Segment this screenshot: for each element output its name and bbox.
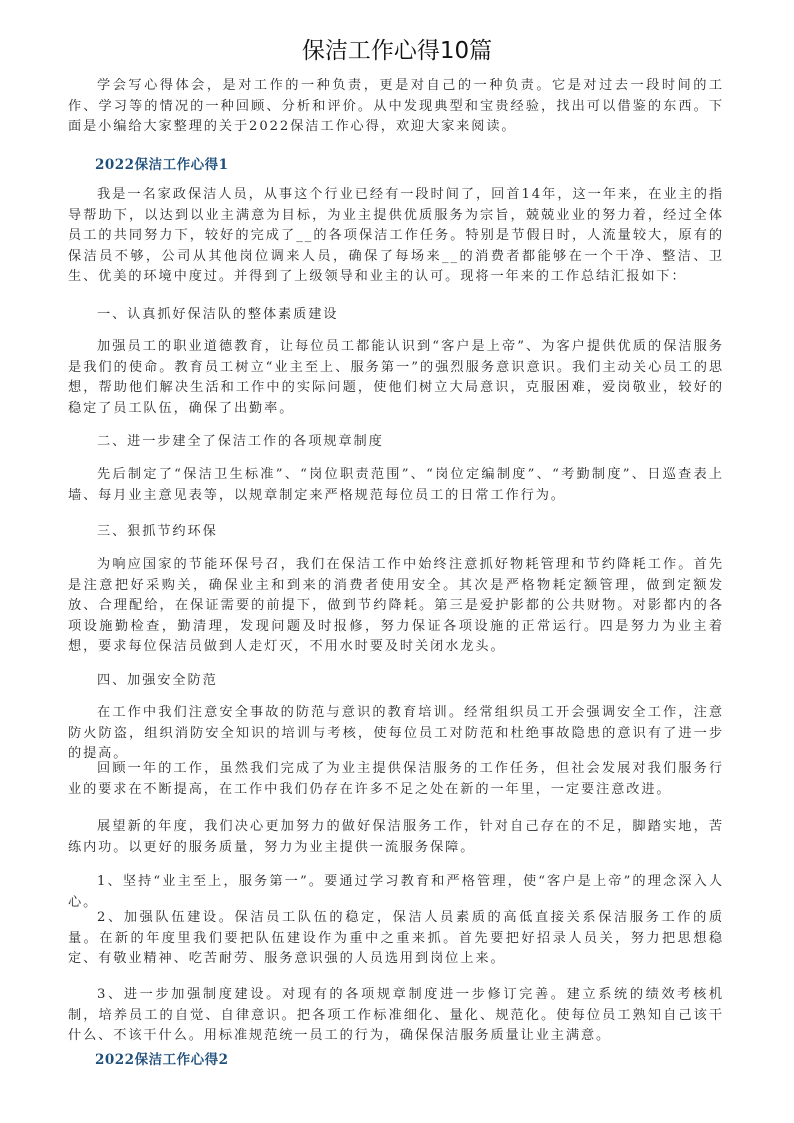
paragraph: 先后制定了“保洁卫生标准”、“岗位职责范围”、“岗位定编制度”、“考勤制度”、日…	[68, 465, 724, 506]
subheading: 二、进一步建全了保洁工作的各项规章制度	[97, 430, 384, 449]
paragraph: 我是一名家政保洁人员，从事这个行业已经有一段时间了，回首14年，这一年来，在业主…	[68, 185, 724, 288]
paragraph: 加强员工的职业道德教育，让每位员工都能认识到“客户是上帝”、为客户提供优质的保洁…	[68, 337, 724, 419]
paragraph: 3、进一步加强制度建设。对现有的各项规章制度进一步修订完善。建立系统的绩效考核机…	[68, 985, 724, 1047]
intro-paragraph: 学会写心得体会，是对工作的一种负责，更是对自己的一种负责。它是对过去一段时间的工…	[68, 76, 724, 138]
section-heading-2: 2022保洁工作心得2	[95, 1048, 228, 1068]
paragraph: 为响应国家的节能环保号召，我们在保洁工作中始终注意抓好物耗管理和节约降耗工作。首…	[68, 555, 724, 658]
paragraph: 展望新的年度，我们决心更加努力的做好保洁服务工作，针对自己存在的不足，脚踏实地，…	[68, 817, 724, 858]
paragraph: 在工作中我们注意安全事故的防范与意识的教育培训。经常组织员工开会强调安全工作，注…	[68, 703, 724, 765]
subheading: 一、认真抓好保洁队的整体素质建设	[97, 303, 338, 322]
paragraph: 1、坚持“业主至上，服务第一”。要通过学习教育和严格管理，使“客户是上帝”的理念…	[68, 872, 724, 913]
paragraph: 回顾一年的工作，虽然我们完成了为业主提供保洁服务的工作任务，但社会发展对我们服务…	[68, 759, 724, 800]
subheading: 三、狠抓节约环保	[97, 520, 218, 539]
section-heading-1: 2022保洁工作心得1	[95, 153, 228, 173]
page-title: 保洁工作心得10篇	[0, 32, 794, 65]
document-page: 保洁工作心得10篇 学会写心得体会，是对工作的一种负责，更是对自己的一种负责。它…	[0, 0, 794, 1123]
paragraph: 2、加强队伍建设。保洁员工队伍的稳定，保洁人员素质的高低直接关系保洁服务工作的质…	[68, 908, 724, 970]
subheading: 四、加强安全防范	[97, 669, 218, 688]
